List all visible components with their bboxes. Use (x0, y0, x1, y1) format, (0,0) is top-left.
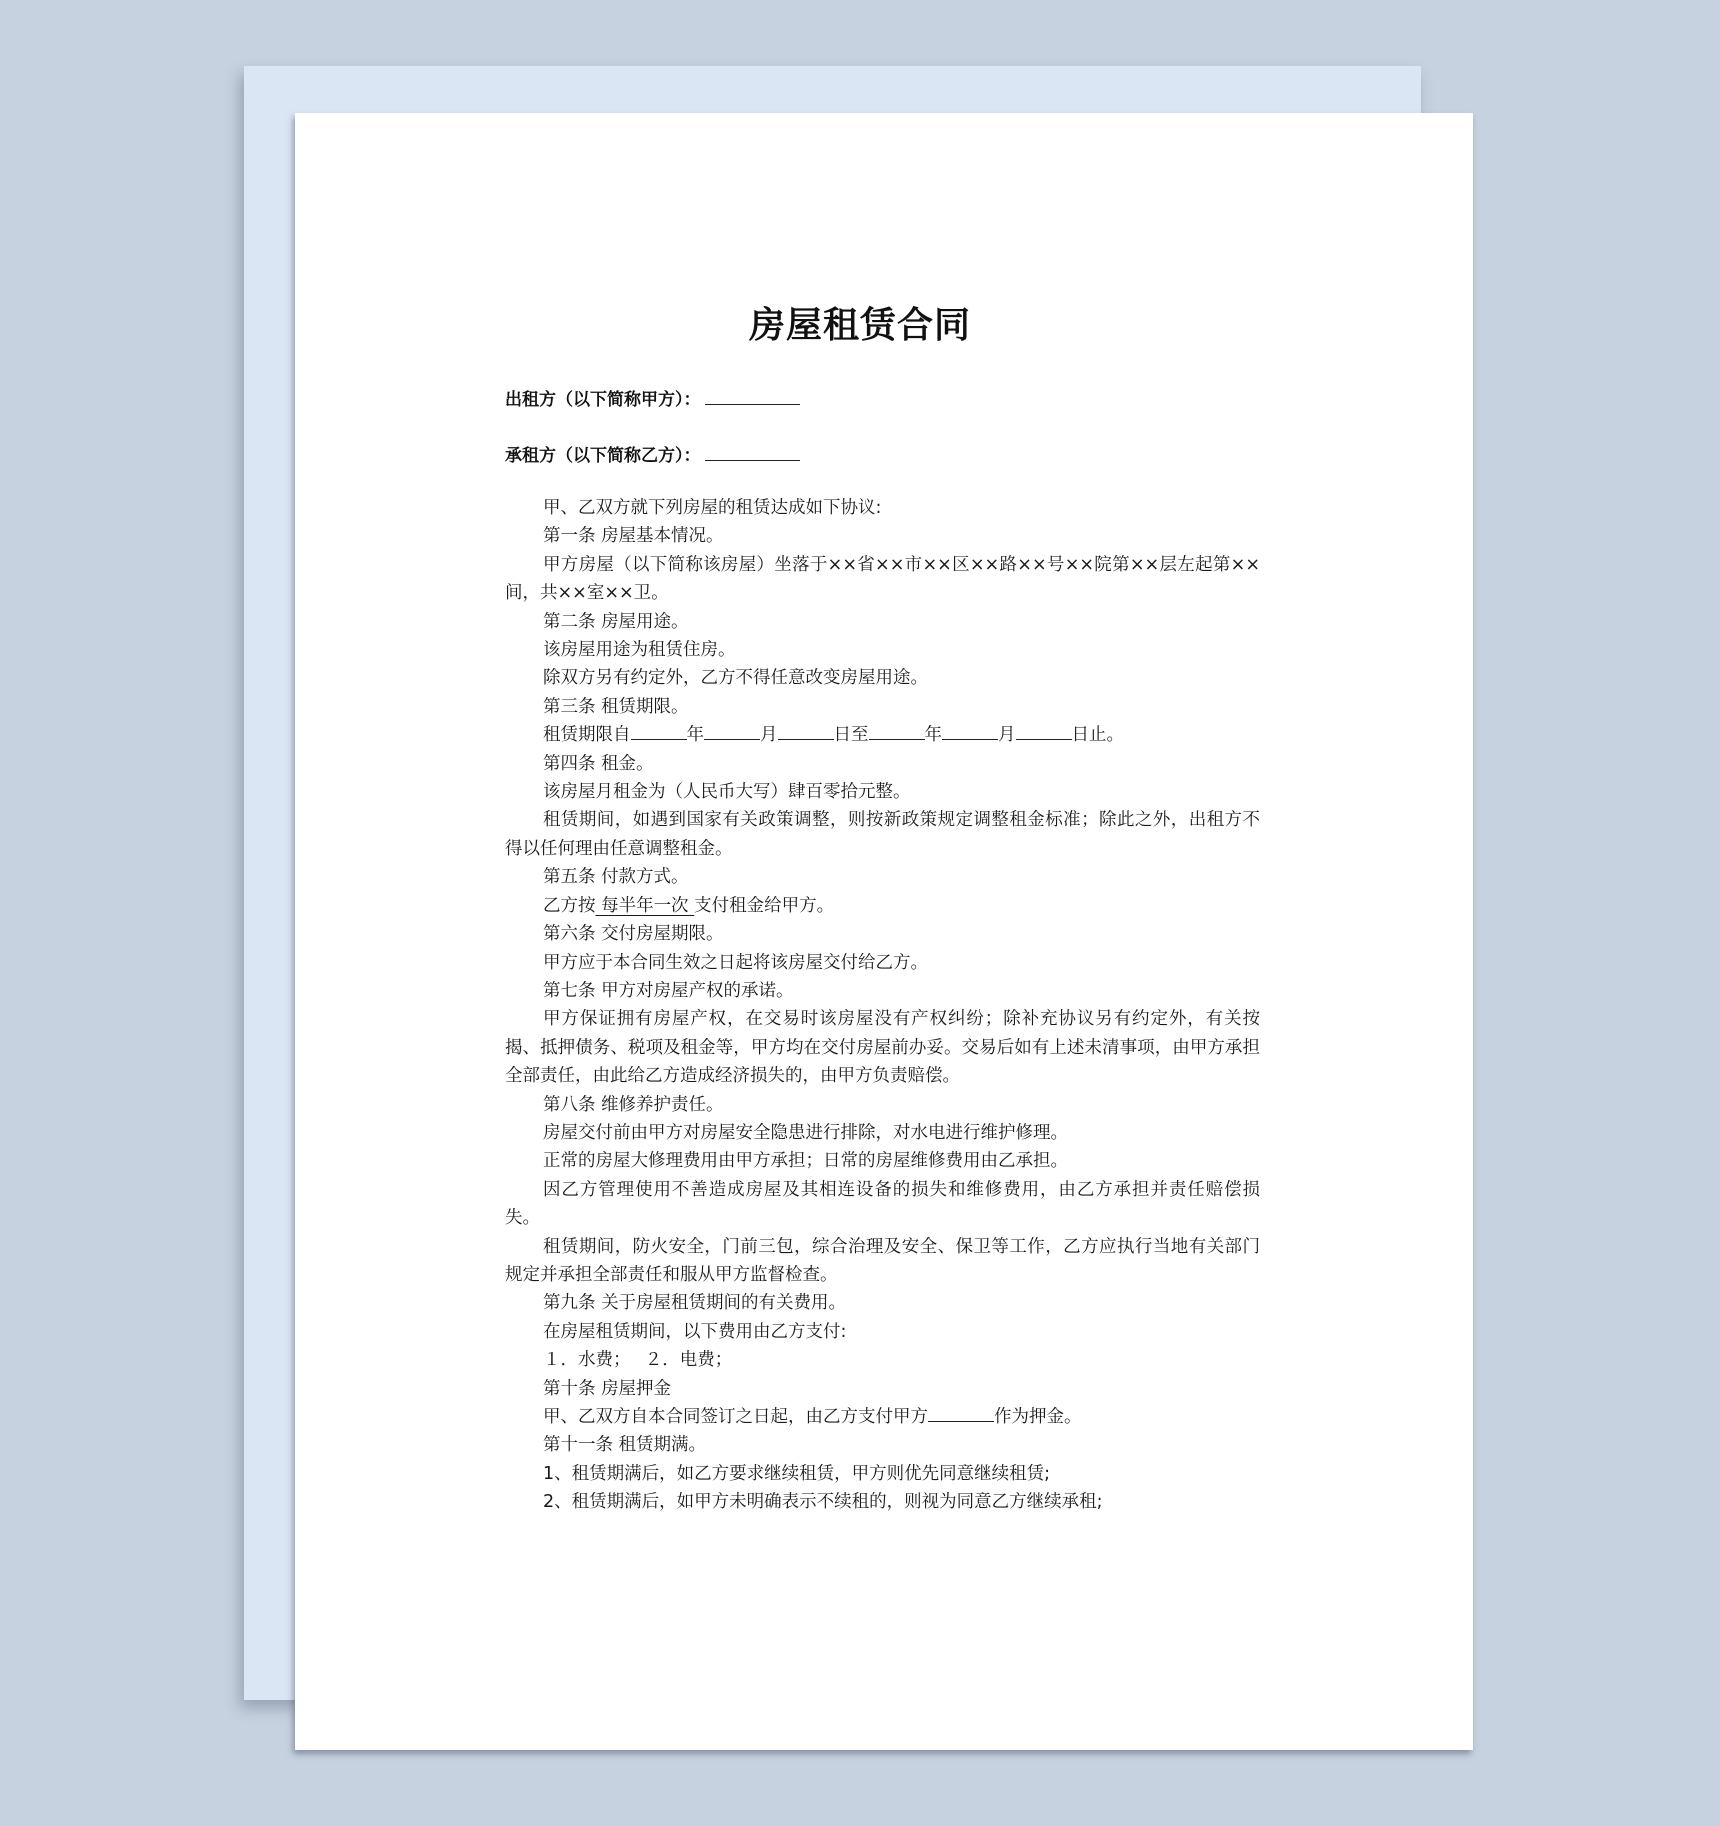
article-4-text-2: 租赁期间，如遇到国家有关政策调整，则按新政策规定调整租金标准；除此之外，出租方不… (505, 806, 1260, 863)
article-8-text-3: 因乙方管理使用不善造成房屋及其相连设备的损失和维修费用，由乙方承担并责任赔偿损失… (505, 1176, 1260, 1233)
deposit-amount-blank[interactable] (928, 1403, 994, 1422)
article-2-text-1: 该房屋用途为租赁住房。 (505, 636, 1260, 664)
end-month-blank[interactable] (942, 721, 998, 740)
start-year-blank[interactable] (631, 721, 687, 740)
article-6-title: 第六条 交付房屋期限。 (505, 920, 1260, 948)
month-label: 月 (760, 725, 778, 745)
day-to-label: 日至 (834, 725, 869, 745)
article-9-text: 在房屋租赁期间，以下费用由乙方支付: (505, 1318, 1260, 1346)
article-8-text-1: 房屋交付前由甲方对房屋安全隐患进行排除，对水电进行维护修理。 (505, 1119, 1260, 1147)
article-9-items: １．水费； ２．电费； (505, 1346, 1260, 1374)
article-5-title: 第五条 付款方式。 (505, 863, 1260, 891)
article-1-title: 第一条 房屋基本情况。 (505, 522, 1260, 550)
article-4-text-1: 该房屋月租金为（人民币大写）肆百零拾元整。 (505, 778, 1260, 806)
article-5-text: 乙方按 每半年一次 支付租金给甲方。 (505, 892, 1260, 920)
year-label: 年 (925, 725, 943, 745)
start-month-blank[interactable] (704, 721, 760, 740)
lease-term-prefix: 租赁期限自 (543, 725, 631, 745)
deposit-prefix: 甲、乙双方自本合同签订之日起，由乙方支付甲方 (543, 1407, 928, 1427)
article-8-text-2: 正常的房屋大修理费用由甲方承担；日常的房屋维修费用由乙承担。 (505, 1147, 1260, 1175)
payment-suffix: 支付租金给甲方。 (694, 896, 834, 916)
article-7-title: 第七条 甲方对房屋产权的承诺。 (505, 977, 1260, 1005)
lessor-field: 出租方（以下简称甲方）： (505, 385, 800, 410)
article-3-title: 第三条 租赁期限。 (505, 693, 1260, 721)
end-day-blank[interactable] (1016, 721, 1072, 740)
month-label: 月 (998, 725, 1016, 745)
lessee-field: 承租方（以下简称乙方）： (505, 441, 800, 466)
article-1-text: 甲方房屋（以下简称该房屋）坐落于××省××市××区××路××号××院第××层左起… (505, 551, 1260, 608)
start-day-blank[interactable] (778, 721, 834, 740)
article-10-title: 第十条 房屋押金 (505, 1375, 1260, 1403)
article-10-text: 甲、乙双方自本合同签订之日起，由乙方支付甲方作为押金。 (505, 1403, 1260, 1431)
article-11-item-1: 1、租赁期满后，如乙方要求继续租赁，甲方则优先同意继续租赁; (505, 1460, 1260, 1488)
end-year-blank[interactable] (869, 721, 925, 740)
article-9-title: 第九条 关于房屋租赁期间的有关费用。 (505, 1289, 1260, 1317)
lessee-label: 承租方（以下简称乙方）： (505, 446, 701, 466)
article-4-title: 第四条 租金。 (505, 750, 1260, 778)
payment-prefix: 乙方按 (543, 896, 596, 916)
lessor-blank[interactable] (705, 390, 800, 405)
article-8-text-4: 租赁期间，防火安全，门前三包，综合治理及安全、保卫等工作，乙方应执行当地有关部门… (505, 1233, 1260, 1290)
contract-body: 甲、乙双方就下列房屋的租赁达成如下协议: 第一条 房屋基本情况。 甲方房屋（以下… (505, 494, 1260, 1517)
lessor-label: 出租方（以下简称甲方）： (505, 390, 701, 410)
document-title: 房屋租赁合同 (0, 297, 1720, 348)
lessee-blank[interactable] (705, 446, 800, 461)
article-3-text: 租赁期限自年月日至年月日止。 (505, 721, 1260, 749)
article-11-title: 第十一条 租赁期满。 (505, 1431, 1260, 1459)
article-2-title: 第二条 房屋用途。 (505, 608, 1260, 636)
article-2-text-2: 除双方另有约定外，乙方不得任意改变房屋用途。 (505, 664, 1260, 692)
intro-paragraph: 甲、乙双方就下列房屋的租赁达成如下协议: (505, 494, 1260, 522)
year-label: 年 (687, 725, 705, 745)
article-6-text: 甲方应于本合同生效之日起将该房屋交付给乙方。 (505, 949, 1260, 977)
payment-frequency-value[interactable]: 每半年一次 (596, 896, 695, 916)
article-7-text: 甲方保证拥有房屋产权，在交易时该房屋没有产权纠纷；除补充协议另有约定外，有关按揭… (505, 1005, 1260, 1090)
article-8-title: 第八条 维修养护责任。 (505, 1091, 1260, 1119)
deposit-suffix: 作为押金。 (994, 1407, 1082, 1427)
article-11-item-2: 2、租赁期满后，如甲方未明确表示不续租的，则视为同意乙方继续承租; (505, 1488, 1260, 1516)
day-end-label: 日止。 (1072, 725, 1125, 745)
